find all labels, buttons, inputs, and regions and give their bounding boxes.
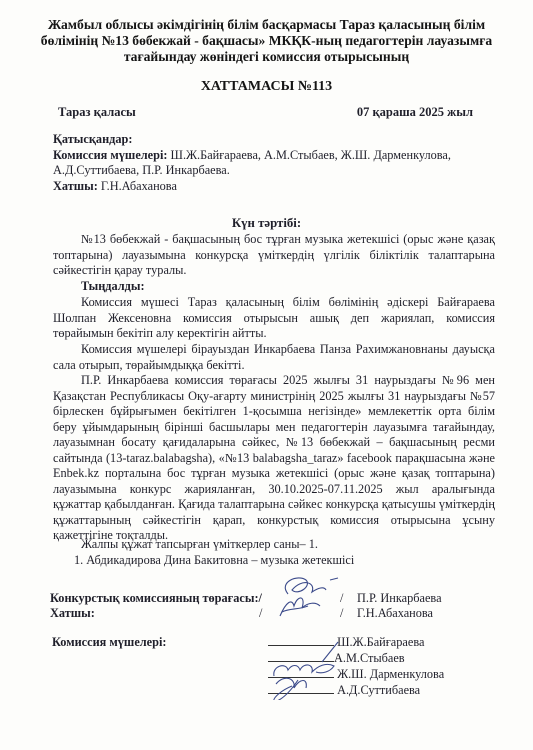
secretary-sign-label: Хатшы: [50, 606, 95, 621]
candidate-item: 1. Абдикадирова Дина Бакитовна – музыка … [74, 553, 516, 569]
agenda-heading: Күн тәртібі: [0, 216, 533, 231]
header-line-3: тағайындау жөніндегі комиссия отырысының [40, 49, 493, 65]
members-signature-icon [268, 640, 348, 700]
secretary-slash-left: / [259, 606, 262, 621]
members-list-2: А.Д.Суттибаева, П.Р. Инкарбаева. [53, 163, 495, 179]
document-title: ХАТТАМАСЫ №113 [0, 79, 533, 95]
secretary-label: Хатшы: [53, 179, 98, 193]
heard-paragraph-3: П.Р. Инкарбаева комиссия төрағасы 2025 ж… [53, 373, 495, 544]
participants-label: Қатысқандар: [53, 132, 495, 148]
chair-label: Конкурстық комиссияның төрағасы:/ [50, 591, 262, 606]
total-candidates: Жалпы құжат тапсырған үміткерлер саны– 1… [81, 537, 523, 553]
member-name: Ш.Ж.Байғараева [337, 635, 424, 649]
secretary-name: Г.Н.Абаханова [98, 179, 177, 193]
members-sign-label: Комиссия мүшелері: [52, 635, 166, 650]
document-header: Жамбыл облысы әкімдігінің білім басқарма… [40, 17, 493, 65]
secretary-sign-name: Г.Н.Абаханова [357, 606, 433, 621]
members-list-1: Ш.Ж.Байғараева, А.М.Стыбаев, Ж.Ш. Дармен… [167, 148, 450, 162]
chair-name: П.Р. Инкарбаева [357, 591, 442, 606]
heard-paragraph-1: Комиссия мүшесі Тараз қаласының білім бө… [53, 295, 495, 342]
participants-section: Қатысқандар: Комиссия мүшелері: Ш.Ж.Байғ… [53, 132, 495, 194]
heard-paragraph-2: Комиссия мүшелері бірауыздан Инкарбаева … [53, 342, 495, 373]
agenda-text: №13 бөбекжай - бақшасының бос тұрған муз… [53, 232, 495, 279]
date: 07 қараша 2025 жыл [357, 105, 473, 120]
heard-heading: Тыңдалды: [81, 279, 523, 295]
member-name: Ж.Ш. Дарменкулова [337, 667, 444, 681]
chair-signature-icon [268, 572, 343, 622]
secretary-line: Хатшы: Г.Н.Абаханова [53, 179, 495, 195]
header-line-1: Жамбыл облысы әкімдігінің білім басқарма… [40, 17, 493, 33]
city: Тараз қаласы [58, 105, 136, 120]
members-label: Комиссия мүшелері: [53, 148, 167, 162]
protocol-page: Жамбыл облысы әкімдігінің білім басқарма… [0, 0, 533, 750]
member-name: А.Д.Суттибаева [337, 683, 420, 697]
header-line-2: бөлімінің №13 бөбекжай - бақшасы» МКҚК-н… [40, 33, 493, 49]
members-line: Комиссия мүшелері: Ш.Ж.Байғараева, А.М.С… [53, 148, 495, 164]
